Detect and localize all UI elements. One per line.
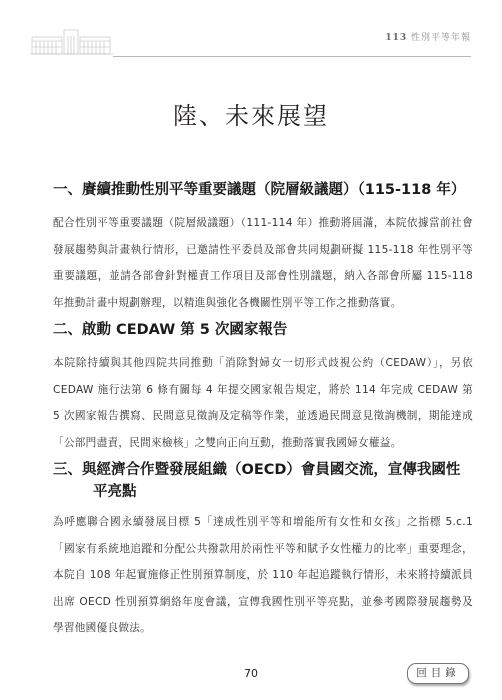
section-heading: 一、賡續推動性別平等重要議題（院層級議題）（115-118 年） <box>53 179 473 201</box>
building-icon <box>30 28 114 56</box>
section-body: 配合性別平等重要議題（院層級議題）（111-114 年）推動將屆滿，本院依據當前… <box>53 210 473 316</box>
section-2: 二、啟動 CEDAW 第 5 次國家報告 本院除持續與其他四院共同推動「消除對婦… <box>53 319 473 456</box>
back-to-toc-button[interactable]: 回目錄 <box>407 663 469 684</box>
page-number: 70 <box>244 667 258 680</box>
section-heading: 二、啟動 CEDAW 第 5 次國家報告 <box>53 319 473 341</box>
page-title: 陸、未來展望 <box>0 96 502 131</box>
section-heading: 三、與經濟合作暨發展組織（OECD）會員國交流，宣傳我國性平亮點 <box>53 459 473 503</box>
page-header: 113 性別平等年報 <box>0 0 502 60</box>
section-3: 三、與經濟合作暨發展組織（OECD）會員國交流，宣傳我國性平亮點 為呼應聯合國永… <box>53 459 473 642</box>
report-year: 113 <box>385 33 407 43</box>
section-1: 一、賡續推動性別平等重要議題（院層級議題）（115-118 年） 配合性別平等重… <box>53 179 473 316</box>
report-title: 113 性別平等年報 <box>385 30 471 43</box>
section-body: 為呼應聯合國永續發展目標 5「達成性別平等和增能所有女性和女孩」之指標 5.c.… <box>53 509 473 642</box>
report-name: 性別平等年報 <box>411 33 471 43</box>
header-rule <box>113 56 471 57</box>
section-body: 本院除持續與其他四院共同推動「消除對婦女一切形式歧視公約（CEDAW）」，另依 … <box>53 350 473 456</box>
